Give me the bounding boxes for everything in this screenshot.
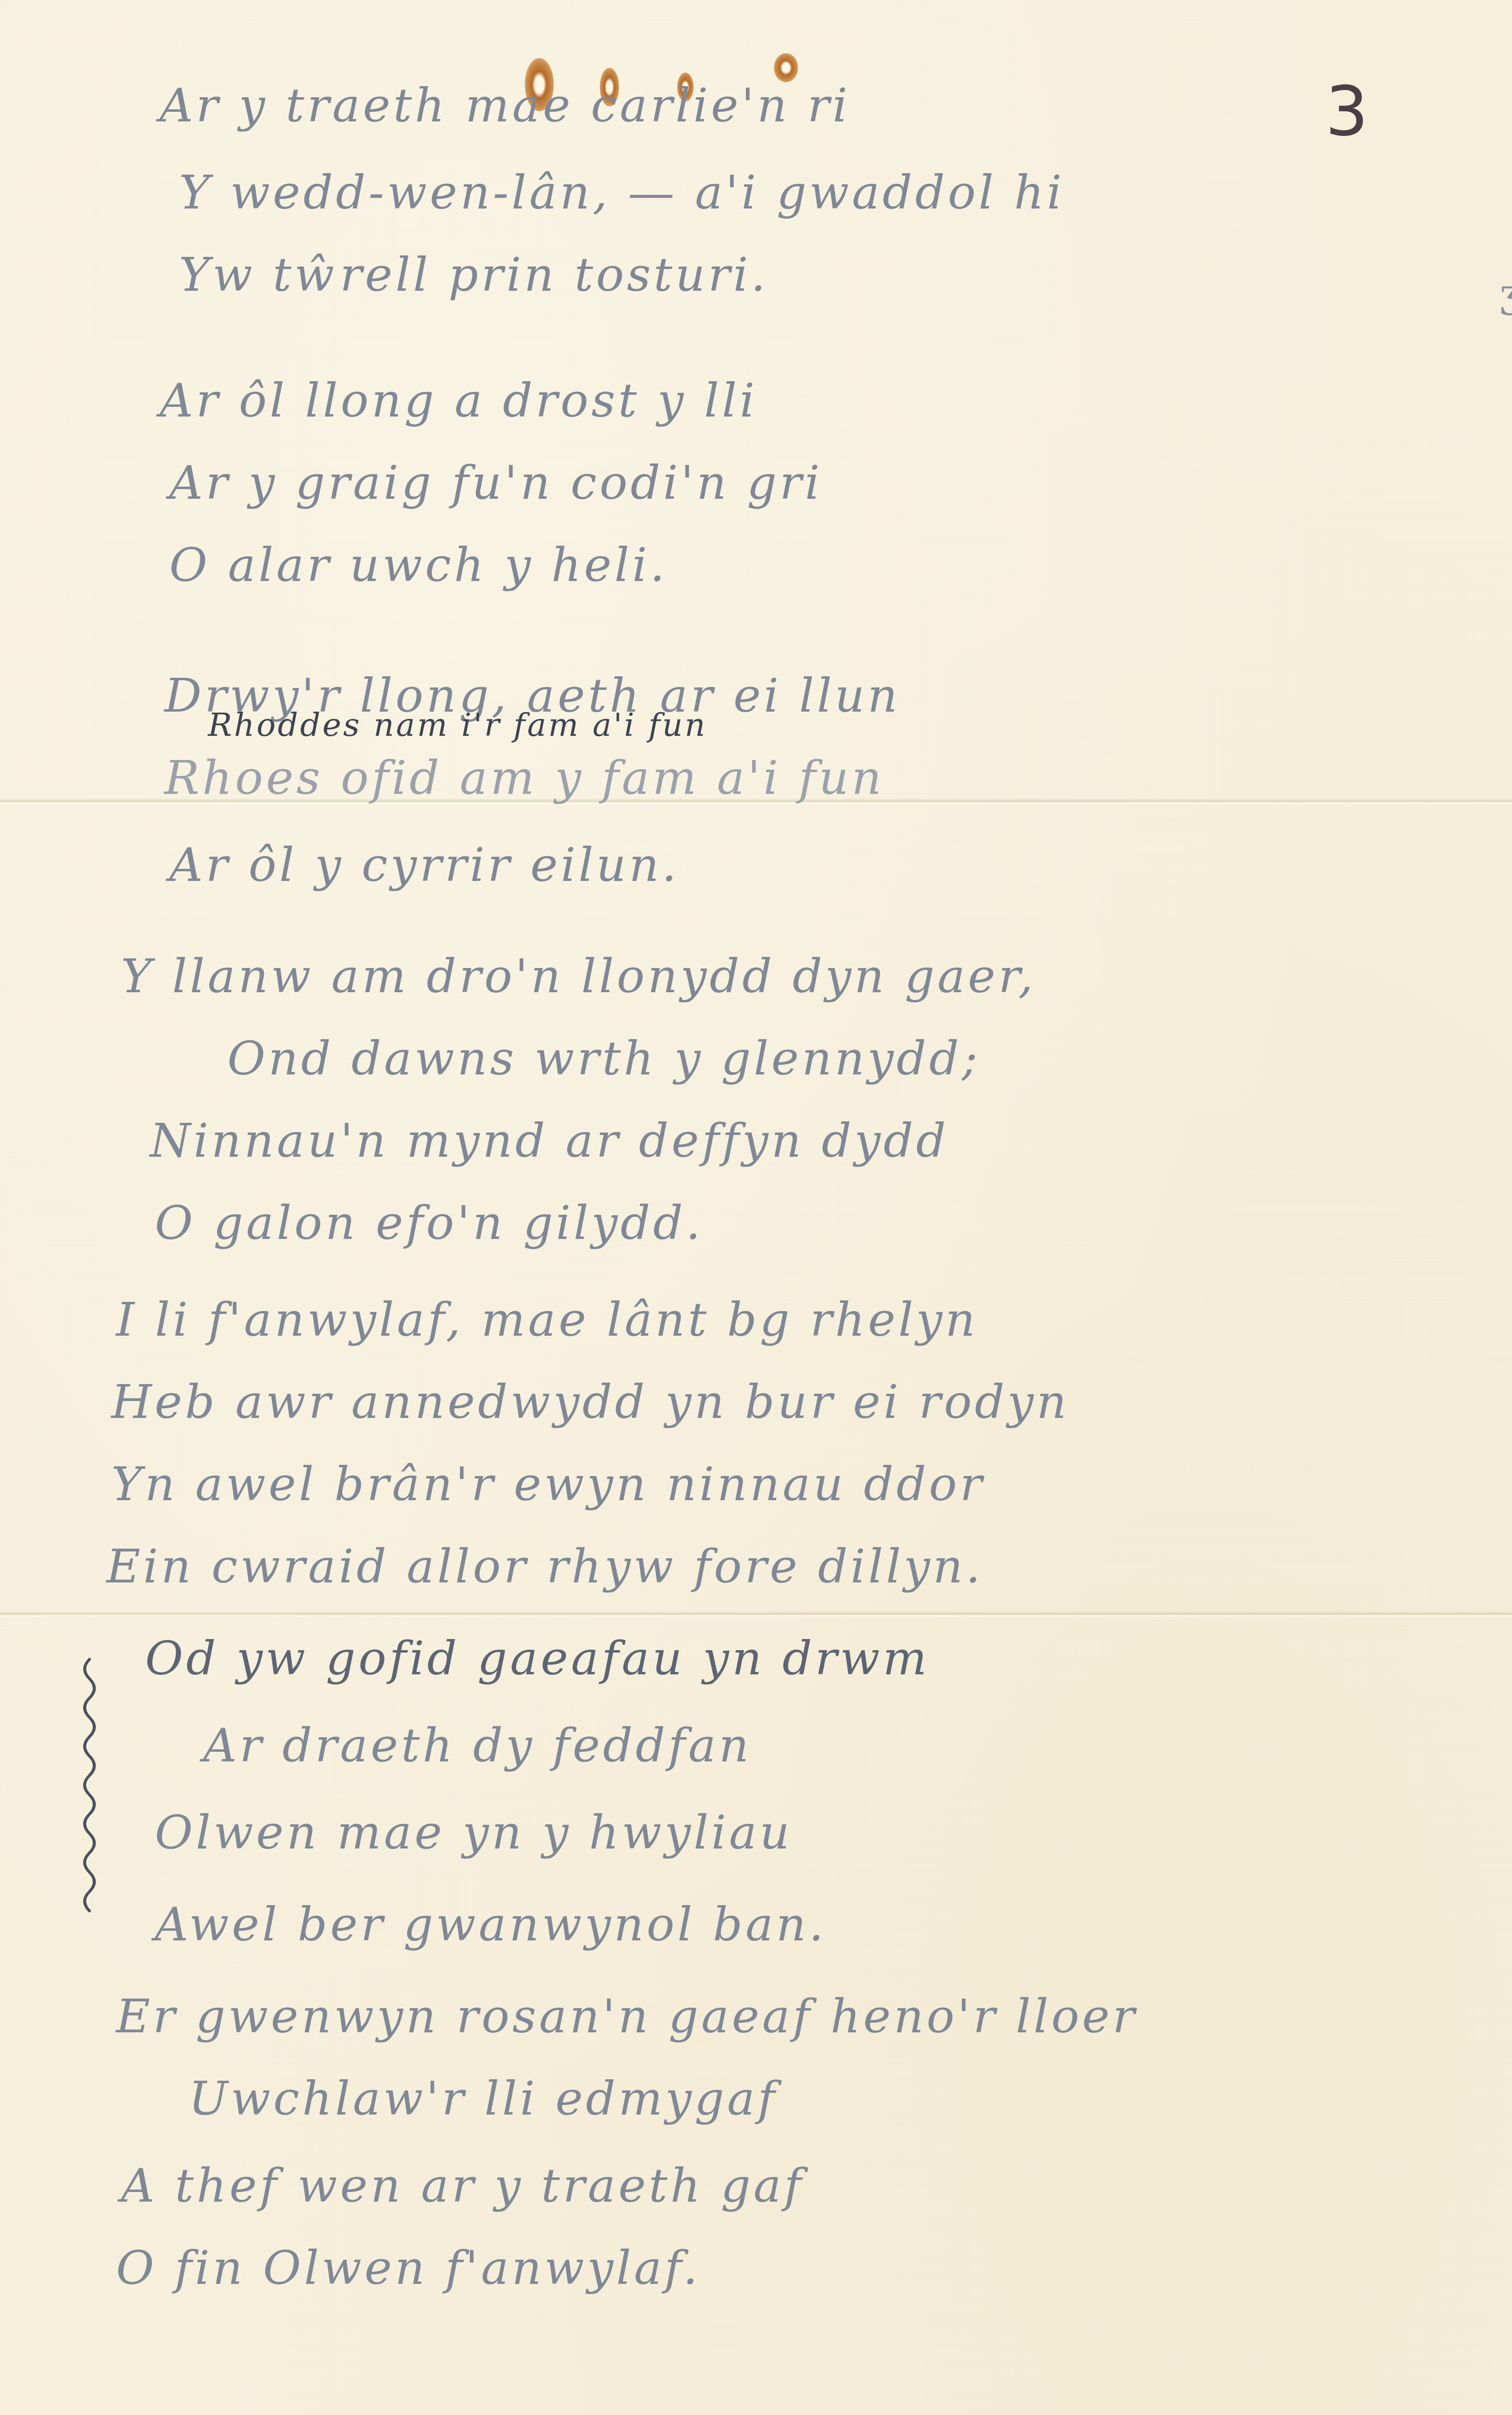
- wavy-bracket-icon: [73, 1655, 106, 1925]
- poem-line: Ar draeth dy feddfan: [203, 1722, 752, 1769]
- poem-line: Ar ôl llong a drost y lli: [160, 377, 757, 424]
- poem-line: A thef wen ar y traeth gaf: [121, 2162, 804, 2209]
- poem-line: I li f'anwylaf, mae lânt bg rhelyn: [116, 1297, 978, 1343]
- poem-line: Awel ber gwanwynol ban.: [155, 1901, 827, 1948]
- poem-line: Ein cwraid allor rhyw fore dillyn.: [106, 1543, 983, 1590]
- poem-line: Y wedd-wen-lân, — a'i gwaddol hi: [179, 169, 1065, 216]
- poem-line: Od yw gofid gaeafau yn drwm: [145, 1635, 930, 1682]
- poem-line: Ninnau'n mynd ar deffyn dydd: [150, 1118, 949, 1164]
- page-number: 3: [1325, 73, 1368, 151]
- poem-line-revised: Rhoes ofid am y fam a'i fun: [164, 755, 884, 801]
- poem-line: Heb awr annedwydd yn bur ei rodyn: [111, 1379, 1069, 1425]
- poem-line: Ond dawns wrth y glennydd;: [227, 1035, 980, 1082]
- rust-stain: [774, 53, 798, 82]
- poem-line: Ar y traeth mae carlie'n ri: [160, 82, 850, 129]
- poem-line: O alar uwch y heli.: [169, 542, 667, 588]
- poem-line: Yw tŵrell prin tosturi.: [179, 252, 769, 298]
- poem-line: Uwchlaw'r lli edmygaf: [189, 2075, 778, 2122]
- poem-line: Ar ôl y cyrrir eilun.: [169, 842, 680, 888]
- poem-line: Ar y graig fu'n codi'n gri: [169, 460, 822, 506]
- poem-line: Er gwenwyn rosan'n gaeaf heno'r lloer: [116, 1993, 1138, 2040]
- poem-line: Y llanw am dro'n llonydd dyn gaer,: [121, 953, 1036, 999]
- manuscript-page: 3 ʒ Ar y traeth mae carlie'n ri Y wedd-w…: [0, 0, 1512, 2415]
- paper-fold-lower: [0, 1611, 1512, 1618]
- poem-line: O galon efo'n gilydd.: [155, 1200, 703, 1246]
- poem-line: Olwen mae yn y hwyliau: [155, 1809, 792, 1856]
- handwritten-insertion: Rhoddes nam i'r fam a'i fun: [208, 706, 707, 744]
- edge-mark: ʒ: [1499, 271, 1512, 316]
- poem-line: Yn awel brân'r ewyn ninnau ddor: [111, 1461, 985, 1507]
- poem-line: O fin Olwen f'anwylaf.: [116, 2245, 700, 2291]
